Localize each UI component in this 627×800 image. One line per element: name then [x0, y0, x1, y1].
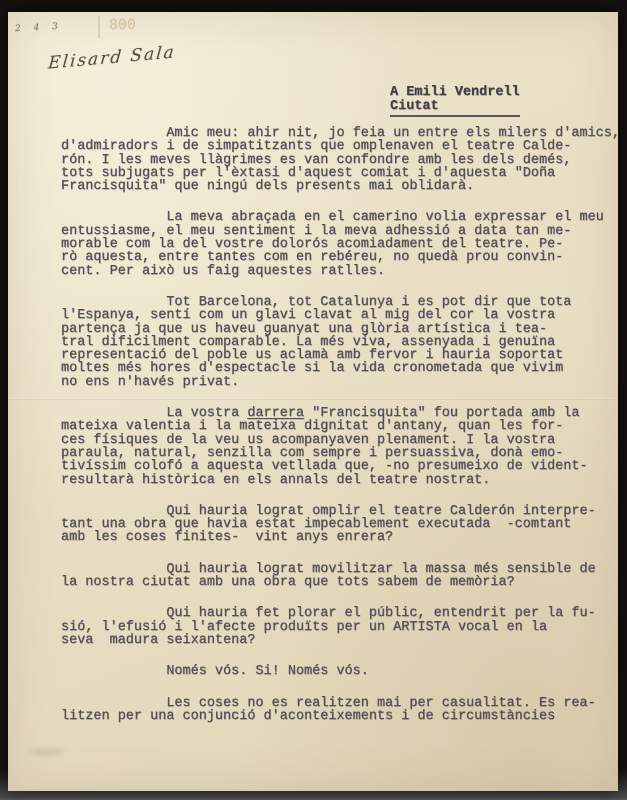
handwritten-signature: Elisard Sala [47, 42, 176, 73]
letter-body: Amic meu: ahir nit, jo feia un entre els… [61, 127, 606, 741]
pencil-archive-number: 800 [98, 15, 136, 39]
letter-paragraph: La vostra darrera "Francisquita" fou por… [61, 407, 606, 487]
letter-paragraph: Tot Barcelona, tot Catalunya i es pot di… [61, 296, 606, 389]
letter-paragraph: Només vós. Si! Només vós. [61, 665, 606, 678]
pencil-annotation: 2 4 3 [15, 22, 63, 34]
recipient-city: Ciutat [390, 99, 439, 114]
letter-paragraph: Qui hauria lograt movilitzar la massa mé… [61, 563, 606, 590]
letter-paragraph: La meva abraçada en el camerino volia ex… [61, 211, 606, 277]
recipient-address: A Emili Vendrell Ciutat [390, 86, 520, 117]
letter-page: 2 4 3 800 Elisard Sala A Emili Vendrell … [8, 12, 618, 791]
letter-paragraph: Les coses no es realitzen mai per casual… [61, 697, 606, 724]
letter-paragraph: Qui hauria fet plorar el públic, entendr… [61, 607, 606, 647]
paper-smudge [30, 748, 64, 756]
letter-paragraph: Qui hauria lograt omplir el teatre Calde… [61, 505, 606, 545]
letter-paragraph: Amic meu: ahir nit, jo feia un entre els… [61, 127, 606, 193]
